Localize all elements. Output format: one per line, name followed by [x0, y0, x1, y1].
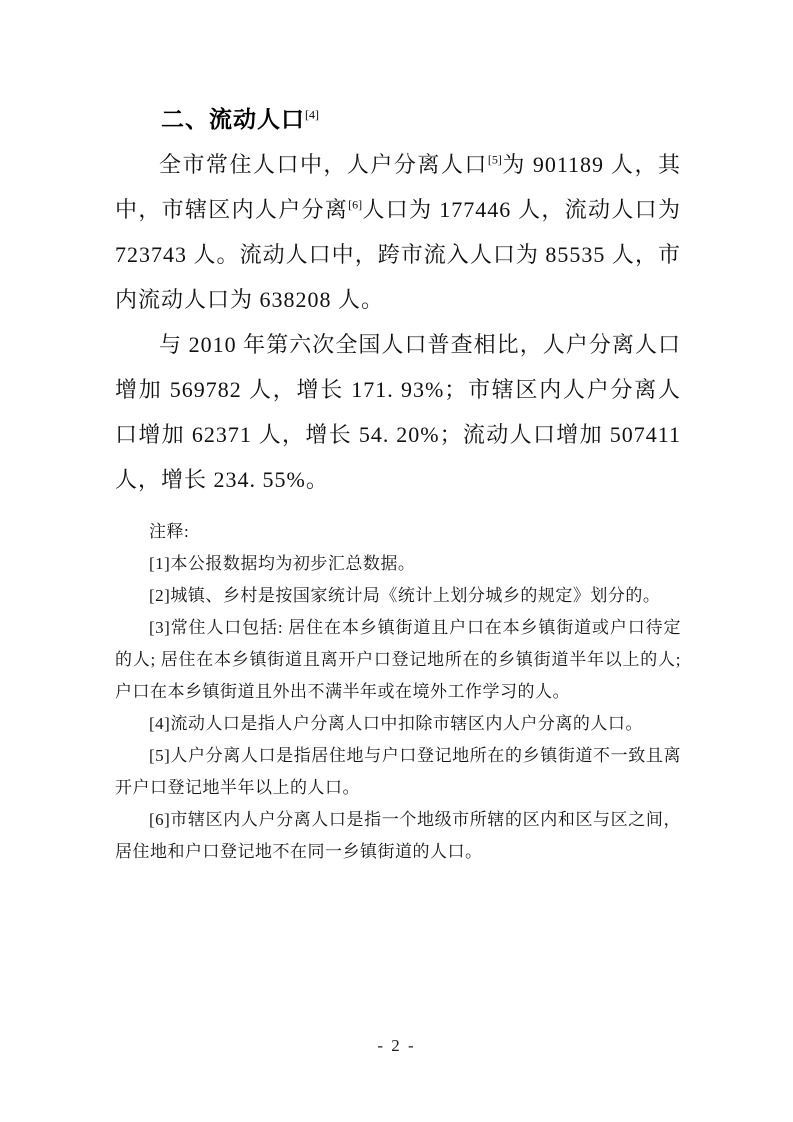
paragraph-separation-stats: 全市常住人口中，人户分离人口[5]为 901189 人，其中，市辖区内人户分离[…: [115, 142, 681, 322]
note-item-6: [6]市辖区内人户分离人口是指一个地级市所辖的区内和区与区之间，居住地和户口登记…: [115, 804, 681, 868]
notes-section: 注释: [1]本公报数据均为初步汇总数据。 [2]城镇、乡村是按国家统计局《统计…: [115, 516, 681, 868]
section-heading-text: 二、流动人口: [161, 106, 305, 132]
document-content: 二、流动人口[4] 全市常住人口中，人户分离人口[5]为 901189 人，其中…: [115, 96, 681, 868]
note-item-5: [5]人户分离人口是指居住地与户口登记地所在的乡镇街道不一致且离开户口登记地半年…: [115, 740, 681, 804]
page-footer: - 2 -: [0, 1036, 793, 1056]
section-heading: 二、流动人口[4]: [115, 96, 681, 142]
page-number: - 2 -: [377, 1036, 415, 1055]
note-item-1: [1]本公报数据均为初步汇总数据。: [115, 548, 681, 580]
footnote-ref-6: [6]: [348, 198, 362, 212]
notes-title: 注释:: [115, 516, 681, 548]
note-item-2: [2]城镇、乡村是按国家统计局《统计上划分城乡的规定》划分的。: [115, 580, 681, 612]
note-item-3: [3]常住人口包括: 居住在本乡镇街道且户口在本乡镇街道或户口待定的人; 居住在…: [115, 612, 681, 708]
note-item-4: [4]流动人口是指人户分离人口中扣除市辖区内人户分离的人口。: [115, 708, 681, 740]
footnote-ref-5: [5]: [488, 153, 502, 167]
paragraph-2010-comparison: 与 2010 年第六次全国人口普查相比，人户分离人口增加 569782 人，增长…: [115, 322, 681, 502]
paragraph1-segment: 全市常住人口中，人户分离人口: [159, 152, 488, 177]
heading-footnote-ref: [4]: [305, 107, 319, 121]
document-page: 二、流动人口[4] 全市常住人口中，人户分离人口[5]为 901189 人，其中…: [0, 0, 793, 1122]
